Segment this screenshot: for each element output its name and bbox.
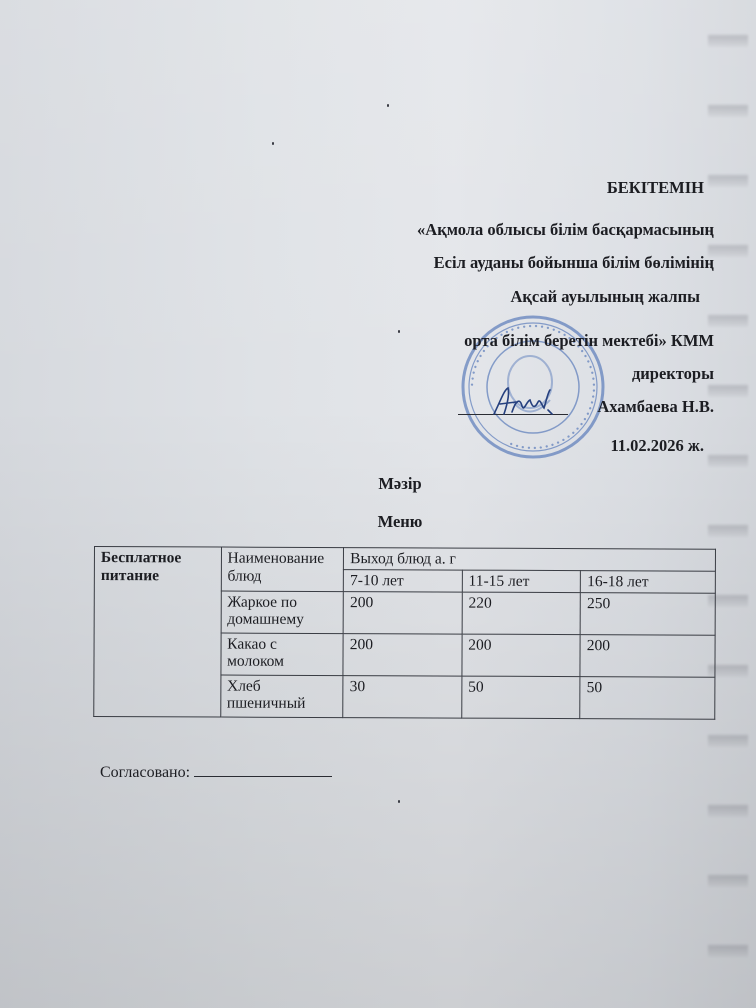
approval-heading: БЕКІТЕМІН	[607, 178, 704, 198]
org-line-1: «Ақмола облысы білім басқармасының	[417, 220, 714, 240]
paper-speck	[387, 104, 389, 107]
dish-name: Хлеб пшеничный	[220, 675, 343, 718]
portion-value: 200	[343, 633, 462, 676]
category-cell: Бесплатное питание	[94, 547, 221, 717]
portion-value: 200	[462, 634, 581, 677]
paper-speck	[398, 330, 400, 333]
age-group-header: 7-10 лет	[344, 569, 463, 591]
portion-value: 200	[580, 634, 715, 677]
org-line-3: Ақсай ауылының жалпы	[510, 287, 700, 307]
age-group-header: 11-15 лет	[462, 570, 581, 592]
dish-name: Какао с молоком	[221, 633, 344, 676]
portion-value: 250	[580, 592, 715, 635]
title-kazakh: Мәзір	[0, 474, 756, 494]
output-header: Выход блюд а. г	[344, 548, 716, 571]
title-russian: Меню	[0, 512, 756, 532]
age-group-header: 16-18 лет	[581, 570, 716, 592]
approval-date: 11.02.2026 ж.	[610, 436, 704, 456]
scanned-document-page: БЕКІТЕМІН «Ақмола облысы білім басқармас…	[0, 0, 756, 1008]
dish-name: Жаркое по домашнему	[221, 591, 344, 634]
portion-value: 220	[462, 592, 581, 635]
portion-value: 50	[580, 676, 715, 719]
menu-table: Бесплатное питание Наименование блюд Вых…	[93, 546, 716, 719]
portion-value: 200	[343, 591, 462, 634]
paper-speck	[398, 800, 400, 803]
agreed-signature-field: Согласовано:	[100, 762, 332, 782]
portion-value: 50	[461, 676, 580, 719]
paper-speck	[272, 142, 274, 145]
dish-name-header: Наименование блюд	[221, 547, 344, 591]
agreed-blank-line	[194, 762, 332, 777]
director-title: директоры	[632, 364, 714, 384]
toner-streak	[708, 0, 748, 1008]
portion-value: 30	[343, 675, 462, 718]
table-header-row: Бесплатное питание Наименование блюд Вых…	[94, 547, 715, 572]
org-line-2: Есіл ауданы бойынша білім бөлімінің	[434, 253, 714, 273]
handwritten-signature-icon	[490, 384, 560, 418]
director-name: Ахамбаева Н.В.	[597, 397, 714, 417]
agreed-label: Согласовано:	[100, 764, 190, 781]
org-line-4: орта білім беретін мектебі» КММ	[464, 331, 714, 351]
